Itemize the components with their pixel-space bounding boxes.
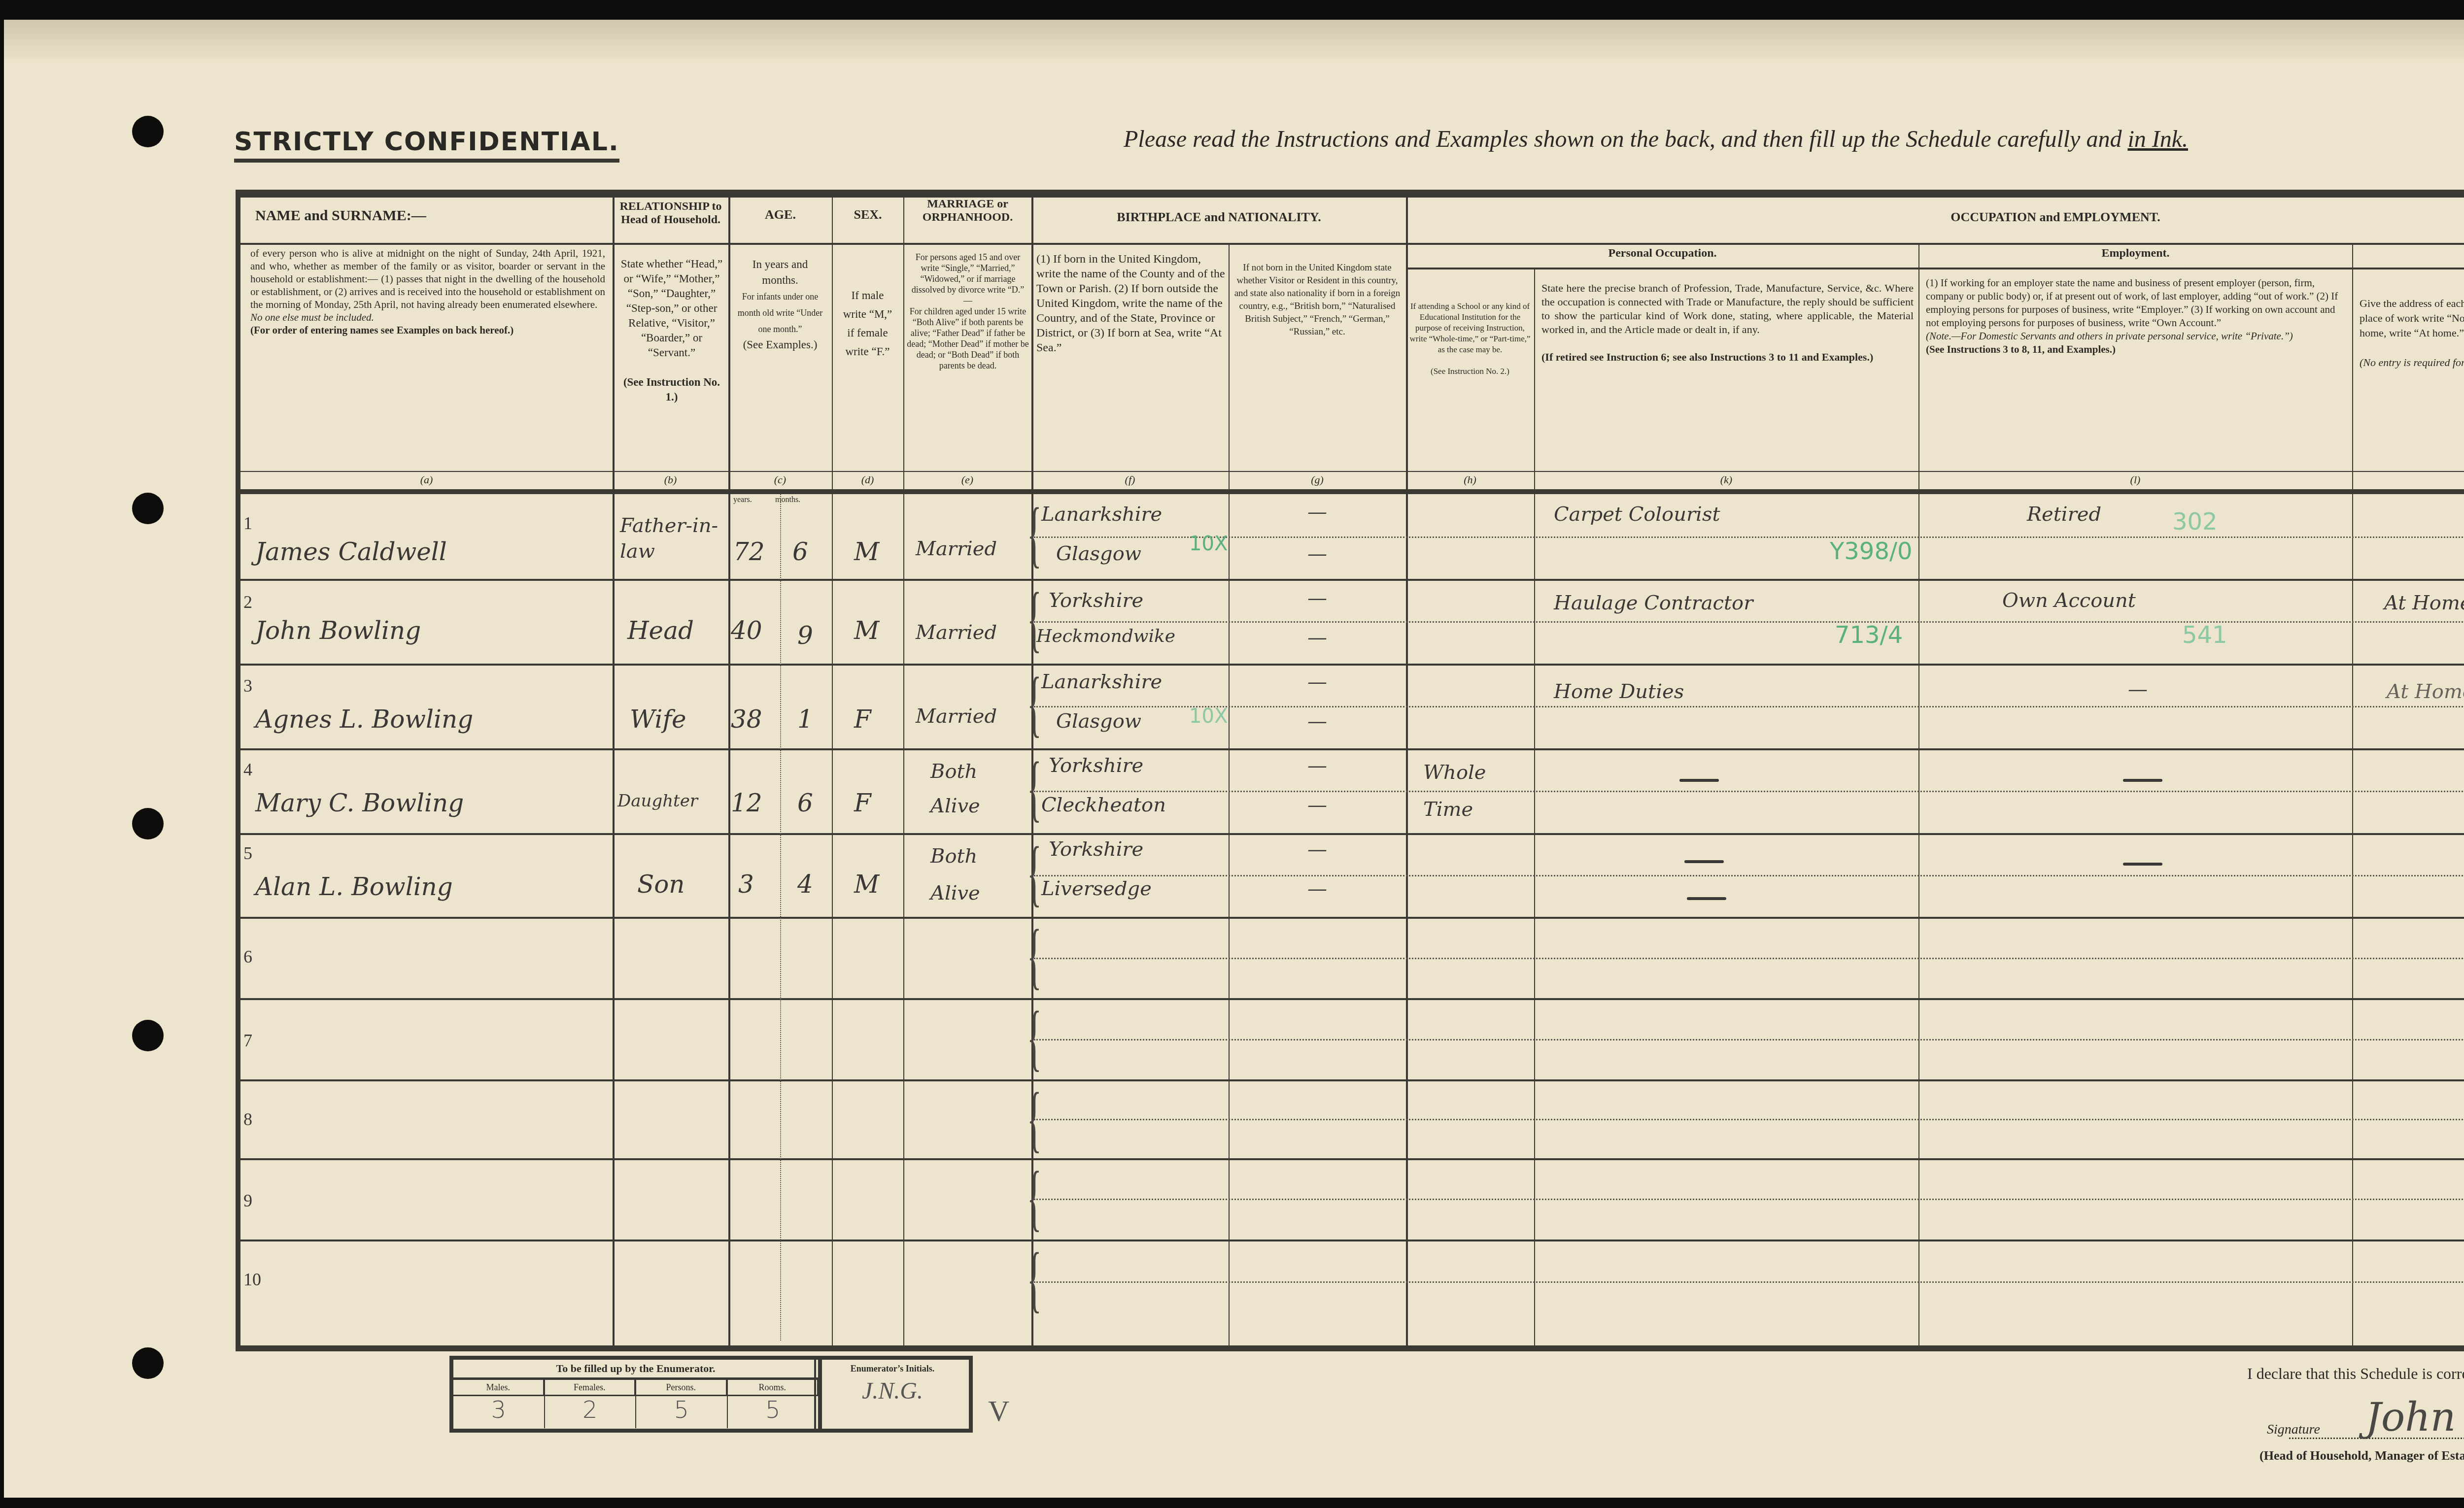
males-label: Males. [453,1380,544,1396]
header-occupation-employment: OCCUPATION and EMPLOYMENT. [1407,210,2464,225]
employment-dash [2123,779,2162,782]
occupation-subheader-divider [1406,268,2464,269]
header-employment: Employment. [1920,247,2351,260]
occupation-dash [1679,779,1719,782]
nationality-value[interactable]: — [1307,754,1327,777]
rooms-value[interactable]: 5 [728,1396,819,1424]
row-midline [1034,536,2464,538]
header-relationship: RELATIONSHIP to Head of Household. [614,200,727,227]
occupation-code-annotation: Y398/0 [1830,537,1913,565]
females-label: Females. [545,1380,636,1396]
check-tick-icon: V [988,1394,1009,1428]
brace-icon: { [1027,836,1042,910]
nationality-value[interactable]: — [1307,710,1327,733]
header-employment-desc: (1) If working for an employer state the… [1926,276,2345,356]
row-divider [240,664,2464,666]
header-birthplace-desc: (1) If born in the United Kingdom, write… [1036,252,1226,355]
females-value[interactable]: 2 [545,1396,636,1424]
age-months-value[interactable]: 9 [797,621,813,650]
rooms-label: Rooms. [728,1380,819,1396]
person-name[interactable]: Alan L. Bowling [255,872,453,901]
col-label-a: (a) [240,473,613,486]
person-name[interactable]: James Caldwell [255,537,447,566]
row-midline [1034,1119,2464,1120]
col-label-e: (e) [903,473,1031,486]
relationship-desc-text: State whether “Head,” or “Wife,” “Mother… [621,258,722,359]
punch-hole-icon [132,1020,164,1051]
enumerator-box-title: To be filled up by the Enumerator. [453,1360,818,1380]
marriage-desc-text: For persons aged 15 and over write “Sing… [912,252,1024,295]
employment-value[interactable]: — [2128,678,2148,701]
education-value[interactable]: Whole Time [1423,754,1482,828]
punch-hole-icon [132,493,164,524]
row-midline [1034,791,2464,792]
birth-code-annotation: 10X [1189,533,1228,555]
signature-note: (Head of Household, Manager of Establish… [2259,1448,2464,1463]
row-number: 8 [243,1109,252,1130]
row-midline [1034,1039,2464,1040]
col-label-f: (f) [1031,473,1229,486]
col-divider-k-l [1918,243,1919,1345]
birth-town-value[interactable]: Cleckheaton [1041,794,1166,816]
col-label-k: (k) [1534,473,1918,486]
rooms-cell: Rooms.5 [728,1380,819,1428]
header-education-desc: If attending a School or any kind of Edu… [1408,301,1532,377]
employment-code-annotation: 541 [2182,621,2227,649]
col-divider-h-k [1534,268,1535,1345]
row-number: 3 [243,675,252,696]
brace-icon: { [1027,751,1042,825]
row-divider [240,917,2464,919]
name-desc-text: of every person who is alive at midnight… [250,247,605,310]
occupation-dash [1684,860,1724,863]
nationality-value[interactable]: — [1307,838,1327,861]
name-note2: (For order of entering names see Example… [250,324,513,336]
place-of-work-desc-text: Give the address of each person’s place … [2360,297,2464,339]
enumerator-initials-box: Enumerator’s Initials. J.N.G. [814,1356,973,1433]
brace-icon: { [1027,1161,1042,1235]
employment-value[interactable]: Own Account [2002,589,2136,612]
declaration-text: I declare that this Schedule is correctl… [2247,1365,2464,1383]
occupation-value[interactable]: Haulage Contractor [1554,592,1753,614]
education-desc-text: If attending a School or any kind of Edu… [1410,302,1531,354]
header-name-surname: NAME and SURNAME:— [245,207,610,224]
header-birthplace-nationality: BIRTHPLACE and NATIONALITY. [1033,210,1405,225]
header-age: AGE. [730,207,831,222]
column-label-divider [240,471,2464,472]
age-months-value[interactable]: 4 [797,870,813,899]
nationality-value[interactable]: — [1307,501,1327,523]
col-label-c: (c) [728,473,832,486]
age-months-value[interactable]: 6 [797,789,813,817]
col-divider-f-g [1229,243,1230,1345]
col-label-m: (m) [2352,473,2464,486]
relationship-note: (See Instruction No. 1.) [623,376,720,403]
header-marriage: MARRIAGE or ORPHANHOOD. [905,198,1030,224]
instructions-line: Please read the Instructions and Example… [1124,126,2188,153]
row-number: 1 [243,513,252,534]
persons-value[interactable]: 5 [636,1396,727,1424]
workplace-value[interactable]: At Home [2387,680,2464,703]
workplace-value[interactable]: At Home [2384,592,2464,614]
nationality-value[interactable]: — [1307,587,1327,609]
nationality-value[interactable]: — [1307,794,1327,816]
birth-town-value[interactable]: Heckmondwike [1036,626,1175,646]
age-note: For infants under one month old write “U… [738,292,822,334]
header-bottom-rule [240,489,2464,494]
age-note2: (See Examples.) [743,338,818,351]
employment-note: (Note.—For Domestic Servants and others … [1926,330,2293,342]
age-years-value[interactable]: 40 [731,616,762,645]
brace-icon: { [1027,1082,1042,1156]
employment-desc-text: (1) If working for an employer state the… [1926,277,2338,329]
birth-town-value[interactable]: Liversedge [1041,877,1152,900]
row-divider [240,579,2464,581]
row-number: 6 [243,946,252,967]
marriage-value[interactable]: Married [916,705,997,728]
punch-hole-icon [132,1347,164,1379]
col-divider-c-d [832,198,833,1345]
marriage-note: For children aged under 15 write “Both A… [907,306,1028,370]
years-months-separator [780,494,781,1340]
header-nationality-desc: If not born in the United Kingdom state … [1231,262,1403,338]
person-name[interactable]: John Bowling [255,616,421,645]
row-divider [240,833,2464,835]
age-years-value[interactable]: 38 [731,705,762,734]
age-years-value[interactable]: 72 [733,537,765,566]
marriage-value[interactable]: Married [916,537,997,560]
person-name[interactable]: Agnes L. Bowling [255,705,473,734]
row-number: 9 [243,1190,252,1211]
brace-icon: { [1027,919,1042,993]
age-years-value[interactable]: 12 [731,789,762,817]
col-divider-a-b [613,198,615,1345]
row-number: 7 [243,1030,252,1051]
header-age-desc: In years and months.For infants under on… [733,257,827,353]
col-label-h: (h) [1406,473,1534,486]
name-note: No one else must be included. [250,311,374,323]
nationality-value[interactable]: — [1307,670,1327,693]
marriage-value[interactable]: Both Alive [930,838,990,912]
nationality-value[interactable]: — [1307,626,1327,649]
education-note: (See Instruction No. 2.) [1431,367,1509,376]
employment-note2: (See Instructions 3 to 8, 11, and Exampl… [1926,343,2116,355]
persons-label: Persons. [636,1380,727,1396]
marriage-value[interactable]: Married [916,621,997,644]
age-months-subheader: months. [775,496,800,504]
person-name[interactable]: Mary C. Bowling [255,789,464,817]
age-years-value[interactable]: 3 [738,870,754,899]
row-midline [1034,621,2464,623]
birth-county-value[interactable]: Yorkshire [1049,838,1143,861]
row-number: 2 [243,592,252,612]
enumerator-totals-box: To be filled up by the Enumerator. Males… [449,1356,822,1433]
enumerator-initials-label: Enumerator’s Initials. [816,1360,969,1377]
persons-cell: Persons.5 [636,1380,728,1428]
nationality-value[interactable]: — [1307,542,1327,565]
row-midline [1034,1281,2464,1283]
relationship-value[interactable]: Daughter [617,791,698,811]
row-number: 10 [243,1269,261,1290]
age-months-value[interactable]: 6 [792,537,808,566]
sex-value[interactable]: F [854,705,871,734]
place-of-work-note: (No entry is required for any person who… [2360,356,2464,369]
instructions-text: Please read the Instructions and Example… [1124,126,2127,152]
header-relationship-desc: State whether “Head,” or “Wife,” “Mother… [617,257,726,404]
males-value[interactable]: 3 [453,1396,544,1424]
occupation-dash [1687,897,1726,900]
row-midline [1034,875,2464,876]
birth-code-annotation: 10X [1189,705,1228,728]
row-divider [240,1158,2464,1160]
signature-value[interactable]: John Bowling [2365,1394,2464,1440]
row-midline [1034,958,2464,959]
sex-value[interactable]: M [854,870,879,899]
occupation-value[interactable]: Home Duties [1554,680,1684,703]
age-desc-text: In years and months. [753,258,808,286]
row-divider [240,1240,2464,1241]
birth-county-value[interactable]: Lanarkshire [1041,670,1162,693]
row-number: 5 [243,843,252,864]
birth-county-value[interactable]: Yorkshire [1049,754,1143,777]
occupation-code-annotation: 713/4 [1835,621,1903,649]
relationship-value[interactable]: Son [637,870,685,899]
birth-county-value[interactable]: Lanarkshire [1041,503,1162,526]
birth-county-value[interactable]: Yorkshire [1049,589,1143,612]
marriage-value[interactable]: Both Alive [930,754,990,823]
header-sex: SEX. [833,207,902,222]
relationship-value[interactable]: Father-in-law [620,513,723,564]
birth-town-value[interactable]: Glasgow [1056,710,1141,733]
header-sex-desc: If male write “M,” if female write “F.” [839,286,896,361]
paper-edge-shadow [4,20,2464,64]
males-cell: Males.3 [453,1380,545,1428]
col-divider-d-e [903,198,904,1345]
row-divider [240,748,2464,750]
row-divider [240,998,2464,1000]
row-number: 4 [243,759,252,780]
row-midline [1034,706,2464,707]
strictly-confidential-heading: STRICTLY CONFIDENTIAL. [234,127,619,163]
age-years-subheader: years. [733,496,752,504]
age-months-value[interactable]: 1 [797,705,813,734]
header-marriage-desc: For persons aged 15 and over write “Sing… [907,252,1029,371]
employment-dash [2123,863,2162,866]
header-occupation-desc: State here the precise branch of Profess… [1541,281,1914,364]
col-label-d: (d) [832,473,903,486]
header-divider [240,243,2464,245]
females-cell: Females.2 [545,1380,637,1428]
relationship-value[interactable]: Head [627,616,694,645]
col-divider-g-h [1406,198,1408,1345]
enumerator-initials-value[interactable]: J.N.G. [816,1377,969,1405]
col-divider-l-m [2352,243,2353,1345]
brace-icon: { [1027,1242,1042,1316]
header-personal-occupation: Personal Occupation. [1407,247,1917,260]
relationship-value[interactable]: Wife [630,705,686,734]
census-table: NAME and SURNAME:— of every person who i… [236,190,2464,1351]
occupation-note: (If retired see Instruction 6; see also … [1541,351,1873,363]
sex-value[interactable]: M [854,537,879,566]
header-name-desc: of every person who is alive at midnight… [250,247,605,336]
sex-value[interactable]: F [854,789,871,817]
occupation-desc-text: State here the precise branch of Profess… [1541,282,1914,335]
brace-icon: { [1027,667,1042,740]
col-divider-b-c [728,198,730,1345]
in-ink-text: in Ink. [2127,126,2188,152]
birth-town-value[interactable]: Glasgow [1056,542,1141,565]
punch-hole-icon [132,116,164,147]
sex-value[interactable]: M [854,616,879,645]
header-place-of-work-desc: Give the address of each person’s place … [2360,296,2464,370]
brace-icon: { [1027,1001,1042,1074]
signature-label: Signature [2267,1422,2320,1438]
col-label-b: (b) [613,473,728,486]
punch-hole-icon [132,808,164,839]
row-midline [1034,1199,2464,1200]
employment-value[interactable]: Retired [2027,503,2101,526]
employment-code-annotation: 302 [2172,508,2218,536]
col-label-g: (g) [1229,473,1406,486]
header-place-of-work: Place of Work. [2354,247,2464,260]
nationality-value[interactable]: — [1307,877,1327,900]
brace-icon: { [1027,497,1042,571]
occupation-value[interactable]: Carpet Colourist [1554,503,1720,526]
col-label-l: (l) [1918,473,2352,486]
row-divider [240,1079,2464,1081]
